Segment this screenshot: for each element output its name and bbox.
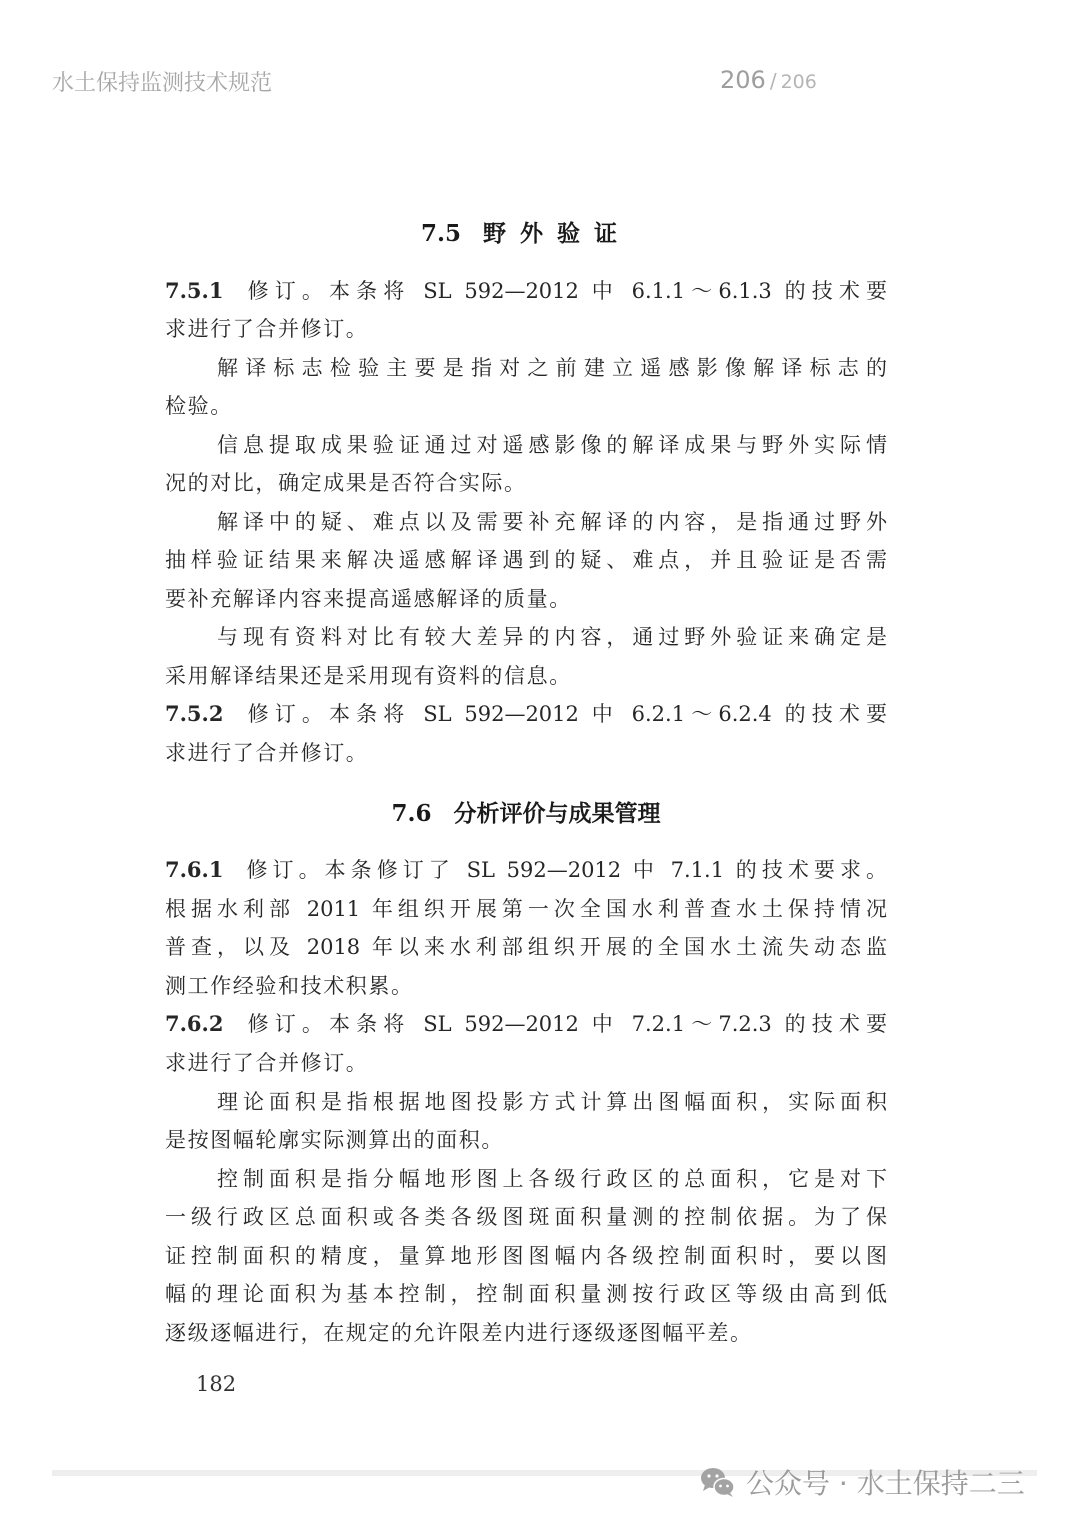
paragraph-line: 7.6.1修订。本条修订了 SL 592—2012 中 7.1.1 的技术要求。 — [165, 851, 887, 889]
paragraph-line: 理论面积是指根据地图投影方式计算出图幅面积，实际面积 — [165, 1083, 887, 1121]
paragraph-line: 逐级逐幅进行，在规定的允许限差内进行逐级逐图幅平差。 — [165, 1314, 887, 1352]
paragraph-line: 要补充解译内容来提高遥感解译的质量。 — [165, 580, 887, 618]
paragraph-line: 检验。 — [165, 387, 887, 425]
paragraph-line: 控制面积是指分幅地形图上各级行政区的总面积，它是对下 — [165, 1160, 887, 1198]
document-title: 水土保持监测技术规范 — [52, 66, 272, 97]
paragraph-line: 求进行了合并修订。 — [165, 310, 887, 348]
watermark-text: 公众号 · 水土保持二三 — [746, 1462, 1025, 1502]
wechat-icon — [700, 1466, 736, 1498]
clause-number: 7.6.1 — [165, 857, 223, 882]
clause-number: 7.6.2 — [165, 1011, 223, 1036]
paragraph-line: 抽样验证结果来解决遥感解译遇到的疑、难点，并且验证是否需 — [165, 541, 887, 579]
section-heading-7-5: 7.5野外验证 — [165, 215, 887, 248]
paragraph-line: 是按图幅轮廓实际测算出的面积。 — [165, 1121, 887, 1159]
paragraph-line: 况的对比，确定成果是否符合实际。 — [165, 464, 887, 502]
section-heading-7-6: 7.6分析评价与成果管理 — [165, 795, 887, 828]
paragraph-line: 解译标志检验主要是指对之前建立遥感影像解译标志的 — [165, 349, 887, 387]
paragraph-line: 证控制面积的精度，量算地形图图幅内各级控制面积时，要以图 — [165, 1237, 887, 1275]
page-counter: 206/206 — [720, 66, 817, 94]
paragraph-line: 根据水利部 2011 年组织开展第一次全国水利普查水土保持情况 — [165, 890, 887, 928]
paragraph-line: 求进行了合并修订。 — [165, 734, 887, 772]
paragraph-line: 7.5.2修订。本条将 SL 592—2012 中 6.2.1～6.2.4 的技… — [165, 695, 887, 733]
current-page: 206 — [720, 66, 766, 94]
printed-page-number: 182 — [196, 1372, 236, 1396]
paragraph-line: 采用解译结果还是采用现有资料的信息。 — [165, 657, 887, 695]
paragraph-line: 7.6.2修订。本条将 SL 592—2012 中 7.2.1～7.2.3 的技… — [165, 1005, 887, 1043]
paragraph-line: 一级行政区总面积或各类各级图斑面积量测的控制依据。为了保 — [165, 1198, 887, 1236]
watermark: 公众号 · 水土保持二三 — [700, 1462, 1025, 1502]
paragraph-line: 与现有资料对比有较大差异的内容，通过野外验证来确定是 — [165, 618, 887, 656]
clause-number: 7.5.1 — [165, 278, 223, 303]
total-pages: 206 — [781, 71, 817, 93]
paragraph-line: 解译中的疑、难点以及需要补充解译的内容，是指通过野外 — [165, 503, 887, 541]
page-separator: / — [770, 69, 777, 93]
paragraph-line: 测工作经验和技术积累。 — [165, 967, 887, 1005]
paragraph-line: 信息提取成果验证通过对遥感影像的解译成果与野外实际情 — [165, 426, 887, 464]
paragraph-line: 幅的理论面积为基本控制，控制面积量测按行政区等级由高到低 — [165, 1275, 887, 1313]
paragraph-line: 求进行了合并修订。 — [165, 1044, 887, 1082]
clause-number: 7.5.2 — [165, 701, 223, 726]
paragraph-line: 普查，以及 2018 年以来水利部组织开展的全国水土流失动态监 — [165, 928, 887, 966]
paragraph-line: 7.5.1修订。本条将 SL 592—2012 中 6.1.1～6.1.3 的技… — [165, 272, 887, 310]
